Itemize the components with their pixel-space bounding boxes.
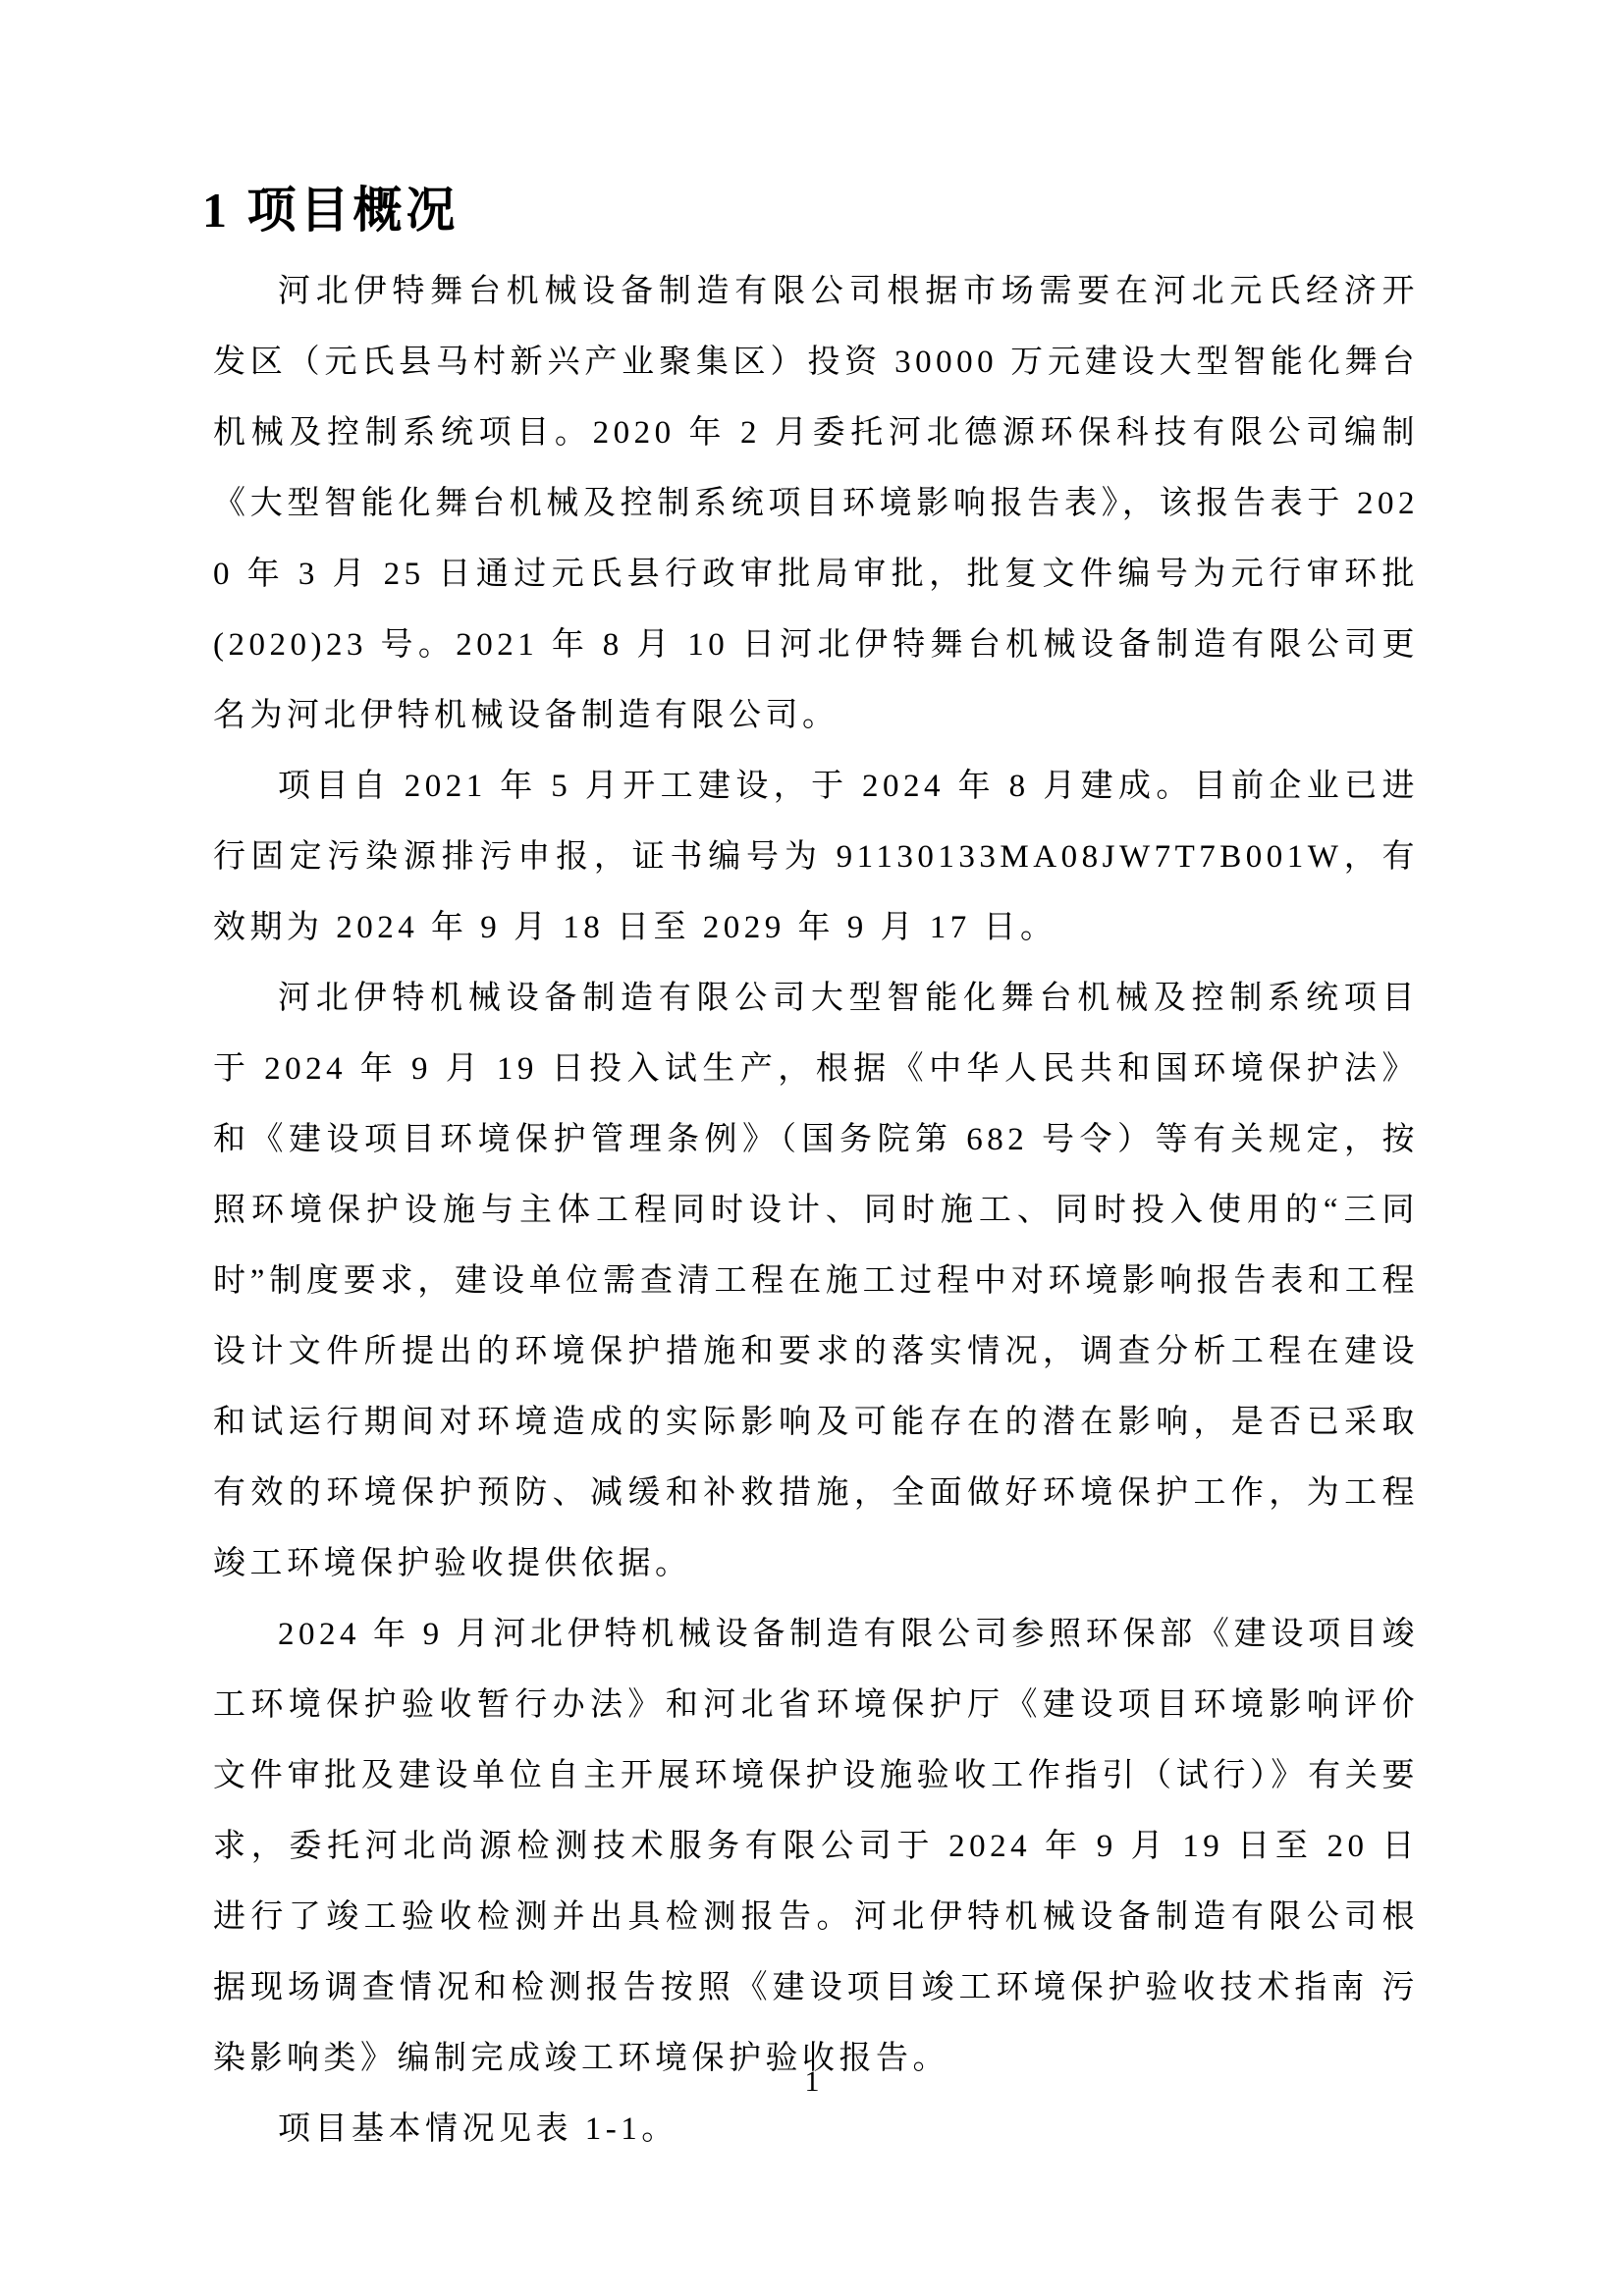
document-page: 1 项目概况 河北伊特舞台机械设备制造有限公司根据市场需要在河北元氏经济开发区（… xyxy=(0,0,1624,2296)
paragraph-construction-permit: 项目自 2021 年 5 月开工建设，于 2024 年 8 月建成。目前企业已进… xyxy=(213,751,1419,963)
paragraph-project-intro: 河北伊特舞台机械设备制造有限公司根据市场需要在河北元氏经济开发区（元氏县马村新兴… xyxy=(213,256,1419,751)
page-number: 1 xyxy=(0,2064,1624,2100)
paragraph-table-reference: 项目基本情况见表 1-1。 xyxy=(213,2094,1419,2164)
section-heading: 1 项目概况 xyxy=(202,180,460,240)
document-body: 河北伊特舞台机械设备制造有限公司根据市场需要在河北元氏经济开发区（元氏县马村新兴… xyxy=(213,256,1419,2164)
paragraph-acceptance-testing: 2024 年 9 月河北伊特机械设备制造有限公司参照环保部《建设项目竣工环境保护… xyxy=(213,1599,1419,2094)
paragraph-regulations: 河北伊特机械设备制造有限公司大型智能化舞台机械及控制系统项目于 2024 年 9… xyxy=(213,963,1419,1599)
